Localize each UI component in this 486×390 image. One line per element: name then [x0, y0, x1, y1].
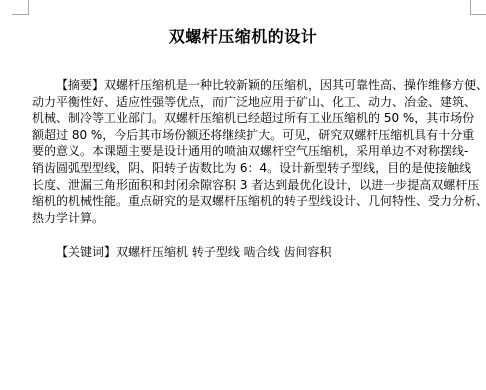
abstract-label: 【摘要】 [56, 78, 104, 92]
keywords-text: 双螺杆压缩机 转子型线 啮合线 齿间容积 [116, 245, 331, 259]
abstract-line: 机械、制冷等工业部门。双螺杆压缩机已经超过所有工业压缩机的 50 %，其市场份 [32, 110, 468, 127]
abstract-line: 热力学计算。 [32, 210, 468, 227]
abstract-line: 额超过 80 %，今后其市场份额还将继续扩大。可见，研究双螺杆压缩机具有十分重 [32, 127, 468, 144]
abstract-line: 要的意义。本课题主要是设计通用的喷油双螺杆空气压缩机，采用单边不对称摆线- [32, 143, 468, 160]
abstract-line: 缩机的机械性能。重点研究的是双螺杆压缩机的转子型线设计、几何特性、受力分析、 [32, 193, 468, 210]
page-corner-mark-top-right [470, 0, 486, 15]
abstract-line: 销齿圆弧型型线，阴、阳转子齿数比为 6：4。设计新型转子型线，目的是使接触线 [32, 160, 468, 177]
document-title: 双螺杆压缩机的设计 [0, 24, 486, 47]
abstract-line: 长度、泄漏三角形面积和封闭余隙容积 3 者达到最优化设计，以进一步提高双螺杆压 [32, 177, 468, 194]
abstract-line: 动力平衡性好、适应性强等优点，而广泛地应用于矿山、化工、动力、冶金、建筑、 [32, 94, 468, 111]
page-corner-mark-top-left [12, 0, 29, 15]
abstract-paragraph: 【摘要】双螺杆压缩机是一种比较新颖的压缩机，因其可靠性高、操作维修方便、 动力平… [32, 77, 468, 226]
keywords-line: 【关键词】双螺杆压缩机 转子型线 啮合线 齿间容积 [56, 243, 331, 260]
abstract-line: 【摘要】双螺杆压缩机是一种比较新颖的压缩机，因其可靠性高、操作维修方便、 [32, 77, 468, 94]
keywords-label: 【关键词】 [56, 245, 116, 259]
